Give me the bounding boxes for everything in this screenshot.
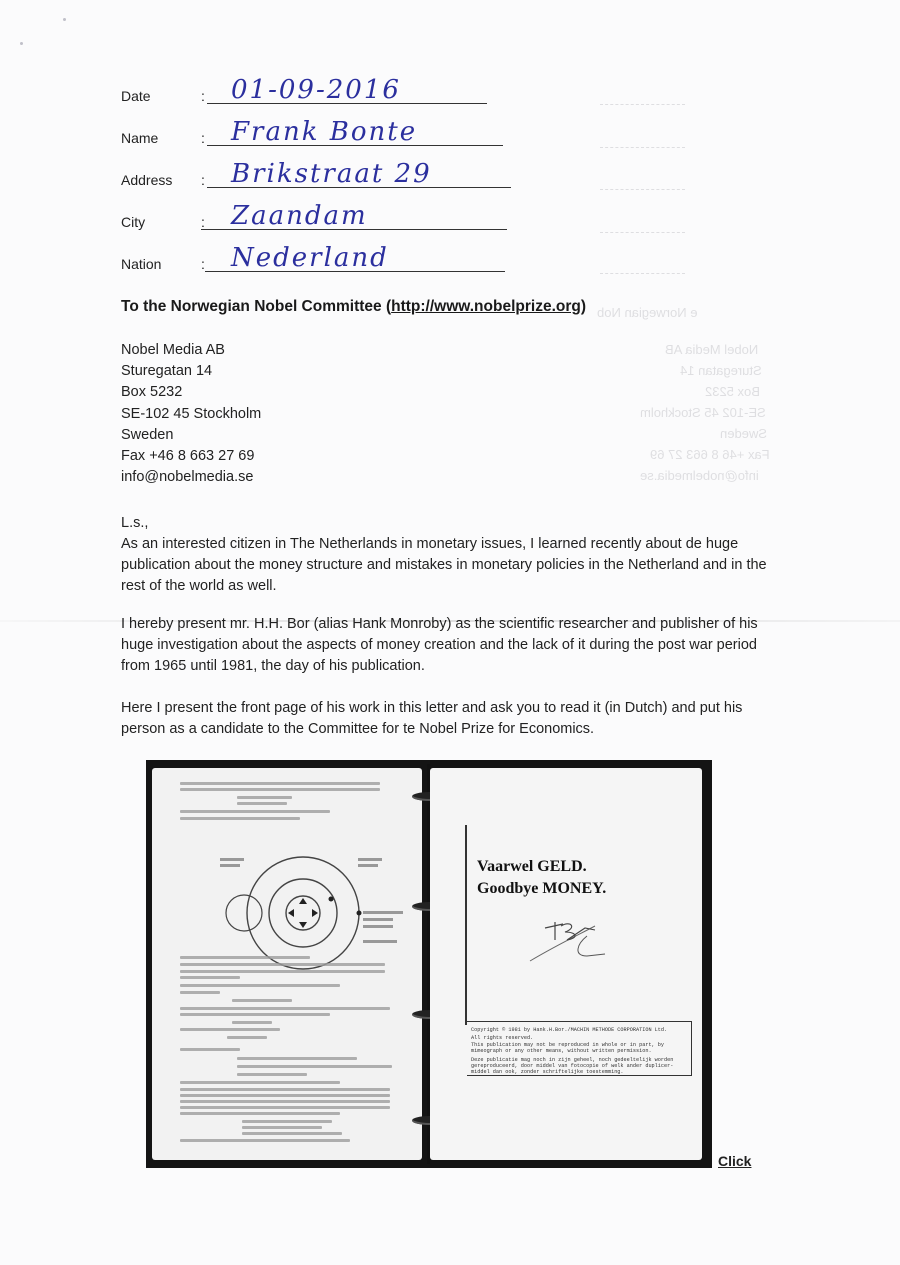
heading-suffix: ): [581, 298, 586, 315]
colon: :: [201, 256, 205, 272]
cover-title-dutch: Vaarwel GELD.: [477, 856, 606, 878]
name-label: Name: [121, 130, 158, 146]
cover-title-english: Goodbye MONEY.: [477, 878, 606, 900]
address-line: Box 5232: [121, 382, 261, 403]
address-email: info@nobelmedia.se: [121, 467, 261, 488]
heading-text: To the Norwegian Nobel Committee (: [121, 298, 391, 315]
right-page-cover: Vaarwel GELD. Goodbye MONEY. Copyright ©…: [430, 768, 702, 1160]
copyright-line: This publication may not be reproduced i…: [471, 1042, 687, 1055]
colon: :: [201, 130, 205, 146]
address-fax: Fax +46 8 663 27 69: [121, 446, 261, 467]
left-page: [152, 768, 422, 1160]
letter-paragraph-2: I hereby present mr. H.H. Bor (alias Han…: [121, 614, 781, 677]
form-row-nation: Nation : Nederland: [121, 246, 501, 276]
cover-title: Vaarwel GELD. Goodbye MONEY.: [477, 856, 606, 900]
date-label: Date: [121, 88, 151, 104]
colon: :: [201, 172, 205, 188]
recipient-address: Nobel Media AB Sturegatan 14 Box 5232 SE…: [121, 340, 261, 488]
paragraph-2: I hereby present mr. H.H. Bor (alias Han…: [121, 614, 781, 677]
copyright-line: Copyright © 1981 by Hank.H.Bor./MACHIN M…: [471, 1027, 687, 1033]
address-value: Brikstraat 29: [231, 161, 432, 187]
book-front-page-image: Vaarwel GELD. Goodbye MONEY. Copyright ©…: [146, 760, 712, 1168]
colon: :: [201, 214, 205, 230]
nation-label: Nation: [121, 256, 161, 272]
scan-speck: [20, 42, 23, 45]
author-signature: [525, 916, 615, 966]
nobelprize-link[interactable]: http://www.nobelprize.org: [391, 298, 581, 315]
salutation: L.s.,: [121, 513, 781, 534]
city-value: Zaandam: [231, 203, 368, 229]
form-row-name: Name : Frank Bonte: [121, 120, 493, 150]
date-value: 01-09-2016: [231, 77, 401, 103]
letter-intro: L.s., As an interested citizen in The Ne…: [121, 513, 781, 597]
address-line: SE-102 45 Stockholm: [121, 404, 261, 425]
city-label: City: [121, 214, 145, 230]
address-line: Sturegatan 14: [121, 361, 261, 382]
name-value: Frank Bonte: [231, 119, 417, 145]
address-line: Nobel Media AB: [121, 340, 261, 361]
copyright-line: Deze publicatie mag noch in zijn geheel,…: [471, 1057, 687, 1076]
address-line: Sweden: [121, 425, 261, 446]
letter-paragraph-3: Here I present the front page of his wor…: [121, 698, 781, 740]
paragraph-3: Here I present the front page of his wor…: [121, 698, 781, 740]
recipient-heading: To the Norwegian Nobel Committee (http:/…: [121, 298, 586, 316]
paper-fold: [0, 620, 900, 622]
paragraph-1: As an interested citizen in The Netherla…: [121, 534, 781, 597]
form-row-date: Date : 01-09-2016: [121, 78, 501, 108]
scan-speck: [63, 18, 66, 21]
form-row-address: Address : Brikstraat 29: [121, 162, 501, 192]
form-row-city: City : Zaandam: [121, 204, 501, 234]
address-label: Address: [121, 172, 172, 188]
copyright-notice: Copyright © 1981 by Hank.H.Bor./MACHIN M…: [467, 1021, 692, 1076]
orbit-diagram: [208, 848, 408, 988]
nation-value: Nederland: [231, 245, 389, 271]
click-link[interactable]: Click: [718, 1153, 751, 1169]
colon: :: [201, 88, 205, 104]
